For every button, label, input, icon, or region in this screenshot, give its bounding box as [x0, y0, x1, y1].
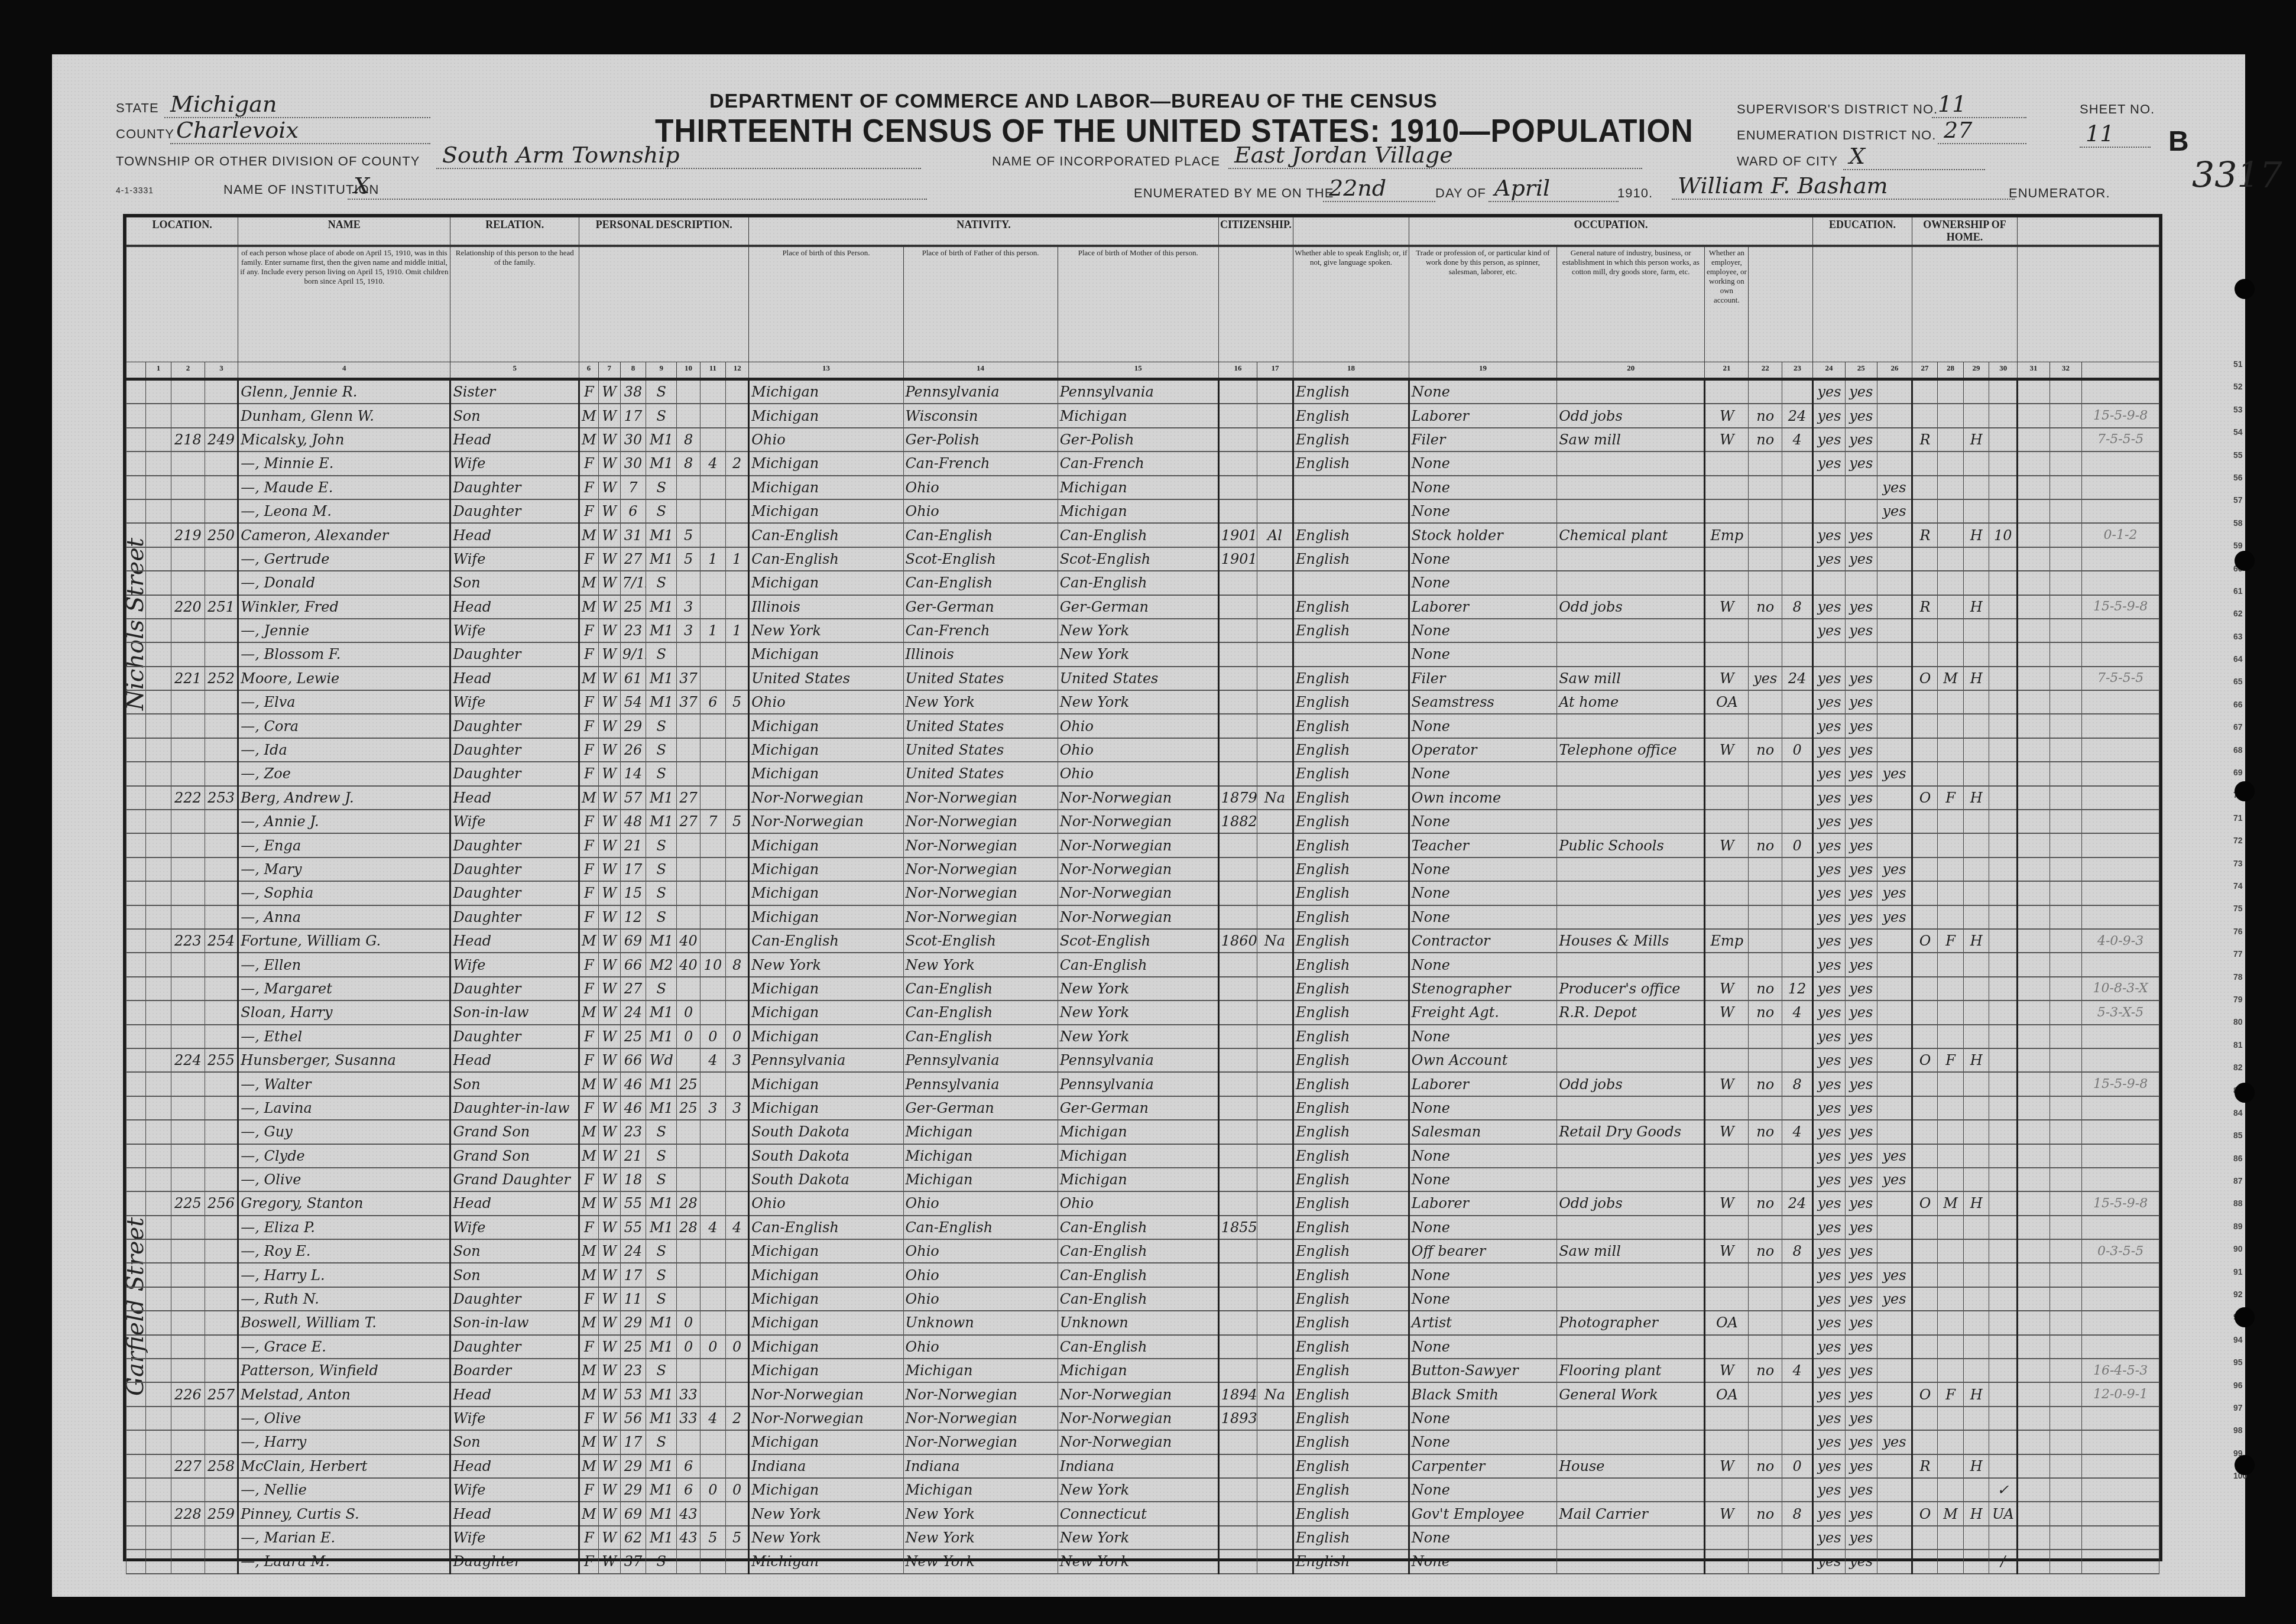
children-born	[700, 905, 726, 929]
family-number: 259	[205, 1502, 238, 1525]
out-of-work: no	[1749, 1001, 1782, 1024]
race: W	[598, 1382, 620, 1406]
employer-status	[1705, 499, 1749, 523]
children-living	[726, 714, 749, 738]
weeks-out-of-work	[1782, 1407, 1812, 1430]
dwelling-number	[171, 1311, 205, 1334]
street-cell	[127, 881, 146, 905]
location-subheader	[127, 246, 238, 362]
attended-school	[1877, 738, 1912, 762]
father-birthplace: Nor-Norwegian	[903, 786, 1058, 810]
table-row: —, GuyGrand SonMW23SSouth DakotaMichigan…	[127, 1120, 2159, 1144]
out-of-work	[1749, 1048, 1782, 1072]
mother-birthplace: Michigan	[1058, 476, 1218, 499]
family-number	[205, 571, 238, 595]
dwelling-number	[171, 1168, 205, 1191]
industry	[1557, 1430, 1705, 1454]
street-cell	[127, 1502, 146, 1525]
language: English	[1293, 1025, 1409, 1048]
can-read: yes	[1813, 953, 1845, 976]
children-living: 2	[726, 1407, 749, 1430]
street-cell	[127, 1072, 146, 1096]
family-number	[205, 1263, 238, 1287]
naturalization	[1257, 404, 1293, 427]
years-married	[677, 476, 700, 499]
attended-school	[1877, 1239, 1912, 1263]
line-number: 71	[2233, 807, 2247, 829]
children-living	[726, 905, 749, 929]
years-married: 37	[677, 667, 700, 690]
out-of-work	[1749, 1382, 1782, 1406]
house-number-cell	[145, 929, 171, 953]
blind-deaf-cell	[2049, 523, 2081, 547]
children-living	[726, 1239, 749, 1263]
language: English	[1293, 690, 1409, 714]
children-born	[700, 929, 726, 953]
owned-or-rented	[1912, 905, 1938, 929]
mother-birthplace: Michigan	[1058, 1168, 1218, 1191]
father-birthplace: Ohio	[903, 476, 1058, 499]
institution-value: X	[348, 173, 927, 200]
out-of-work	[1749, 1216, 1782, 1239]
years-married	[677, 905, 700, 929]
trade: Filer	[1409, 667, 1556, 690]
county-value: Charlevoix	[170, 117, 430, 144]
can-write: yes	[1845, 738, 1877, 762]
owned-or-rented	[1912, 1025, 1938, 1048]
industry	[1557, 1526, 1705, 1550]
age: 55	[620, 1216, 646, 1239]
house-number-cell	[145, 1168, 171, 1191]
blind-deaf-cell	[2049, 1120, 2081, 1144]
line-number: 72	[2233, 829, 2247, 852]
race: W	[598, 690, 620, 714]
can-write: yes	[1845, 1311, 1877, 1334]
street-cell	[127, 762, 146, 785]
language: English	[1293, 1287, 1409, 1311]
line-number: 86	[2233, 1147, 2247, 1170]
sex: M	[579, 1502, 599, 1525]
can-write: yes	[1845, 858, 1877, 881]
street-cell	[127, 1239, 146, 1263]
coding-remark: 15-5-9-8	[2082, 595, 2159, 619]
street-cell	[127, 1550, 146, 1573]
owned-or-rented	[1912, 1478, 1938, 1502]
out-of-work: no	[1749, 1359, 1782, 1382]
person-name: —, Eliza P.	[238, 1216, 450, 1239]
owned-or-rented: R	[1912, 1454, 1938, 1478]
children-living: 1	[726, 619, 749, 642]
age: 29	[620, 1311, 646, 1334]
table-row: —, AnnaDaughterFW12SMichiganNor-Norwegia…	[127, 905, 2159, 929]
age: 23	[620, 619, 646, 642]
line-number: 51	[2233, 353, 2247, 375]
person-name: —, Marian E.	[238, 1526, 450, 1550]
blind-deaf-cell	[2049, 476, 2081, 499]
coding-remark	[2082, 1168, 2159, 1191]
birthplace: Michigan	[749, 905, 903, 929]
street-cell	[127, 595, 146, 619]
father-birthplace: Scot-English	[903, 929, 1058, 953]
blind-deaf-cell	[2049, 786, 2081, 810]
line-number: 82	[2233, 1056, 2247, 1079]
industry	[1557, 953, 1705, 976]
owned-or-rented: O	[1912, 786, 1938, 810]
house-number-cell	[145, 1407, 171, 1430]
out-of-work	[1749, 379, 1782, 404]
schedule-number	[1989, 858, 2018, 881]
years-married	[677, 404, 700, 427]
dwelling-number	[171, 905, 205, 929]
line-number: 73	[2233, 852, 2247, 875]
citizenship-subheader	[1218, 246, 1293, 362]
children-born	[700, 977, 726, 1001]
mother-birthplace: Michigan	[1058, 404, 1218, 427]
table-row: —, OliveWifeFW56M13342Nor-NorwegianNor-N…	[127, 1407, 2159, 1430]
children-living	[726, 738, 749, 762]
naturalization: Al	[1257, 523, 1293, 547]
employer-status: W	[1705, 833, 1749, 857]
employer-status: W	[1705, 1359, 1749, 1382]
employer-status	[1705, 571, 1749, 595]
naturalization	[1257, 1048, 1293, 1072]
attended-school	[1877, 1502, 1912, 1525]
language: English	[1293, 881, 1409, 905]
sex: F	[579, 1550, 599, 1573]
trade: None	[1409, 1144, 1556, 1168]
age: 18	[620, 1168, 646, 1191]
naturalization	[1257, 762, 1293, 785]
schedule-number: ✓	[1989, 1478, 2018, 1502]
coding-remark	[2082, 690, 2159, 714]
age: 56	[620, 1407, 646, 1430]
sex: M	[579, 1263, 599, 1287]
can-write: yes	[1845, 953, 1877, 976]
relation: Daughter	[450, 476, 579, 499]
marital-status: M1	[646, 690, 677, 714]
trade: Freight Agt.	[1409, 1001, 1556, 1024]
years-married: 40	[677, 953, 700, 976]
free-or-mortgaged	[1938, 1096, 1964, 1120]
owned-or-rented	[1912, 1550, 1938, 1573]
schedule-number	[1989, 1168, 2018, 1191]
house-number-cell	[145, 1454, 171, 1478]
years-married: 3	[677, 619, 700, 642]
naturalization	[1257, 1311, 1293, 1334]
out-of-work	[1749, 1526, 1782, 1550]
weeks-out-of-work: 8	[1782, 1239, 1812, 1263]
farm-or-house: H	[1963, 1382, 1989, 1406]
language: English	[1293, 858, 1409, 881]
industry: Retail Dry Goods	[1557, 1120, 1705, 1144]
family-number	[205, 690, 238, 714]
enumerated-month: April	[1488, 175, 1619, 202]
race: W	[598, 428, 620, 452]
father-birthplace: Illinois	[903, 642, 1058, 666]
mother-birthplace: Can-French	[1058, 452, 1218, 475]
years-married: 27	[677, 786, 700, 810]
mother-birthplace: Can-English	[1058, 1216, 1218, 1239]
attended-school	[1877, 1311, 1912, 1334]
person-name: —, Roy E.	[238, 1239, 450, 1263]
relation-group-header: RELATION.	[450, 217, 579, 246]
naturalization	[1257, 1191, 1293, 1215]
industry: At home	[1557, 690, 1705, 714]
relation: Son	[450, 1072, 579, 1096]
can-read: yes	[1813, 881, 1845, 905]
out-of-work: no	[1749, 1454, 1782, 1478]
marital-status: S	[646, 1168, 677, 1191]
can-read: yes	[1813, 1335, 1845, 1359]
free-or-mortgaged	[1938, 571, 1964, 595]
person-name: —, Mary	[238, 858, 450, 881]
house-number-cell	[145, 619, 171, 642]
mother-birthplace: New York	[1058, 1526, 1218, 1550]
street-cell	[127, 1120, 146, 1144]
relation: Grand Daughter	[450, 1168, 579, 1191]
age: 23	[620, 1120, 646, 1144]
immigration-year: 1901	[1218, 523, 1257, 547]
can-read: yes	[1813, 1144, 1845, 1168]
industry	[1557, 1550, 1705, 1573]
attended-school: yes	[1877, 905, 1912, 929]
farm-or-house: H	[1963, 1048, 1989, 1072]
person-name: —, Olive	[238, 1407, 450, 1430]
dwelling-number	[171, 1072, 205, 1096]
blind-deaf-cell	[2049, 714, 2081, 738]
owned-or-rented	[1912, 1359, 1938, 1382]
relation: Wife	[450, 1407, 579, 1430]
marital-status: M1	[646, 1335, 677, 1359]
coding-remark	[2082, 738, 2159, 762]
years-married: 27	[677, 810, 700, 833]
person-name: Gregory, Stanton	[238, 1191, 450, 1215]
industry	[1557, 714, 1705, 738]
farm-or-house	[1963, 1239, 1989, 1263]
years-married	[677, 571, 700, 595]
family-number	[205, 810, 238, 833]
relation: Son	[450, 1263, 579, 1287]
employer-status	[1705, 452, 1749, 475]
age: 24	[620, 1001, 646, 1024]
free-or-mortgaged	[1938, 476, 1964, 499]
coding-remark	[2082, 905, 2159, 929]
street-cell	[127, 1430, 146, 1454]
language: English	[1293, 977, 1409, 1001]
street-cell	[127, 953, 146, 976]
can-read: yes	[1813, 1478, 1845, 1502]
attended-school	[1877, 379, 1912, 404]
coding-remark	[2082, 379, 2159, 404]
attended-school: yes	[1877, 1263, 1912, 1287]
race: W	[598, 977, 620, 1001]
immigration-year	[1218, 1454, 1257, 1478]
race: W	[598, 1025, 620, 1048]
industry: Saw mill	[1557, 428, 1705, 452]
can-read	[1813, 642, 1845, 666]
children-living: 5	[726, 1526, 749, 1550]
children-born: 0	[700, 1025, 726, 1048]
department-title: DEPARTMENT OF COMMERCE AND LABOR—BUREAU …	[709, 90, 1438, 113]
house-number-cell	[145, 1478, 171, 1502]
immigration-year	[1218, 476, 1257, 499]
owned-or-rented	[1912, 881, 1938, 905]
free-or-mortgaged	[1938, 547, 1964, 571]
language: English	[1293, 404, 1409, 427]
farm-or-house	[1963, 452, 1989, 475]
language: English	[1293, 1335, 1409, 1359]
blind-deaf-cell	[2049, 690, 2081, 714]
line-number: 90	[2233, 1238, 2247, 1260]
language: English	[1293, 428, 1409, 452]
can-write: yes	[1845, 404, 1877, 427]
children-born	[700, 499, 726, 523]
free-or-mortgaged	[1938, 452, 1964, 475]
language: English	[1293, 1526, 1409, 1550]
mother-birthplace: Michigan	[1058, 1359, 1218, 1382]
sex: F	[579, 1168, 599, 1191]
age: 24	[620, 1239, 646, 1263]
person-name: —, Clyde	[238, 1144, 450, 1168]
family-number	[205, 476, 238, 499]
father-birthplace: Unknown	[903, 1311, 1058, 1334]
children-living: 0	[726, 1335, 749, 1359]
coding-remark	[2082, 1025, 2159, 1048]
farm-or-house: H	[1963, 595, 1989, 619]
trade: Salesman	[1409, 1120, 1556, 1144]
street-cell	[127, 428, 146, 452]
blind-deaf-cell	[2049, 452, 2081, 475]
can-read: yes	[1813, 858, 1845, 881]
children-born: 3	[700, 1096, 726, 1120]
relation: Daughter	[450, 1287, 579, 1311]
person-name: —, Nellie	[238, 1478, 450, 1502]
naturalization: Na	[1257, 786, 1293, 810]
table-row: —, ElvaWifeFW54M13765OhioNew YorkNew Yor…	[127, 690, 2159, 714]
weeks-out-of-work: 0	[1782, 1454, 1812, 1478]
attended-school	[1877, 1407, 1912, 1430]
attended-school	[1877, 714, 1912, 738]
father-birthplace: Ohio	[903, 499, 1058, 523]
birthplace: Michigan	[749, 1335, 903, 1359]
coding-remark	[2082, 953, 2159, 976]
misc-group-header	[2018, 217, 2159, 246]
immigration-year	[1218, 1430, 1257, 1454]
industry	[1557, 762, 1705, 785]
free-or-mortgaged	[1938, 1359, 1964, 1382]
language: English	[1293, 833, 1409, 857]
line-number: 79	[2233, 988, 2247, 1011]
age: 9/12	[620, 642, 646, 666]
schedule-number	[1989, 1526, 2018, 1550]
coding-remark: 15-5-9-8	[2082, 404, 2159, 427]
race: W	[598, 1001, 620, 1024]
sex: F	[579, 810, 599, 833]
owned-or-rented	[1912, 452, 1938, 475]
can-read: yes	[1813, 762, 1845, 785]
trade: Black Smith	[1409, 1382, 1556, 1406]
survivor-cell	[2018, 1550, 2049, 1573]
age: 23	[620, 1359, 646, 1382]
out-of-work	[1749, 1550, 1782, 1573]
employer-status: W	[1705, 1072, 1749, 1096]
can-write: yes	[1845, 1239, 1877, 1263]
years-married	[677, 1263, 700, 1287]
street-cell	[127, 1048, 146, 1072]
survivor-cell	[2018, 1454, 2049, 1478]
form-number: 4-1-3331	[116, 186, 154, 195]
weeks-out-of-work	[1782, 1382, 1812, 1406]
marital-status: M1	[646, 667, 677, 690]
children-living	[726, 1311, 749, 1334]
birthplace: Michigan	[749, 476, 903, 499]
blind-deaf-cell	[2049, 1025, 2081, 1048]
free-or-mortgaged	[1938, 619, 1964, 642]
years-married: 43	[677, 1502, 700, 1525]
out-of-work	[1749, 953, 1782, 976]
birthplace: Michigan	[749, 1263, 903, 1287]
dwelling-number	[171, 404, 205, 427]
street-cell	[127, 667, 146, 690]
column-number: 7	[598, 362, 620, 379]
employer-status	[1705, 1430, 1749, 1454]
out-of-work	[1749, 571, 1782, 595]
house-number-cell	[145, 1382, 171, 1406]
birthplace: Michigan	[749, 1239, 903, 1263]
employer-status	[1705, 379, 1749, 404]
can-read	[1813, 571, 1845, 595]
mother-birthplace: Ohio	[1058, 1191, 1218, 1215]
person-name: —, Anna	[238, 905, 450, 929]
language: English	[1293, 1120, 1409, 1144]
birthplace: Illinois	[749, 595, 903, 619]
children-living: 0	[726, 1478, 749, 1502]
immigration-year	[1218, 1287, 1257, 1311]
incorporated-place-value: East Jordan Village	[1228, 142, 1642, 169]
schedule-number	[1989, 1096, 2018, 1120]
children-born	[700, 523, 726, 547]
free-or-mortgaged	[1938, 1526, 1964, 1550]
dwelling-number: 221	[171, 667, 205, 690]
can-read	[1813, 499, 1845, 523]
can-write: yes	[1845, 1550, 1877, 1573]
weeks-out-of-work: 0	[1782, 833, 1812, 857]
race: W	[598, 1478, 620, 1502]
father-birthplace: Michigan	[903, 1168, 1058, 1191]
street-cell	[127, 523, 146, 547]
farm-or-house	[1963, 547, 1989, 571]
relation: Daughter	[450, 714, 579, 738]
column-number: 12	[726, 362, 749, 379]
survivor-cell	[2018, 786, 2049, 810]
weeks-out-of-work: 8	[1782, 1502, 1812, 1525]
street-cell	[127, 642, 146, 666]
dwelling-number	[171, 1335, 205, 1359]
race: W	[598, 1287, 620, 1311]
children-living	[726, 667, 749, 690]
person-name: —, Walter	[238, 1072, 450, 1096]
house-number-cell	[145, 1120, 171, 1144]
owned-or-rented	[1912, 404, 1938, 427]
person-name: —, Olive	[238, 1168, 450, 1191]
age: 17	[620, 1263, 646, 1287]
out-of-work: no	[1749, 738, 1782, 762]
coding-remark	[2082, 499, 2159, 523]
table-row: 219250Cameron, AlexanderHeadMW31M15Can-E…	[127, 523, 2159, 547]
can-write: yes	[1845, 929, 1877, 953]
relation: Wife	[450, 452, 579, 475]
blind-deaf-cell	[2049, 1335, 2081, 1359]
